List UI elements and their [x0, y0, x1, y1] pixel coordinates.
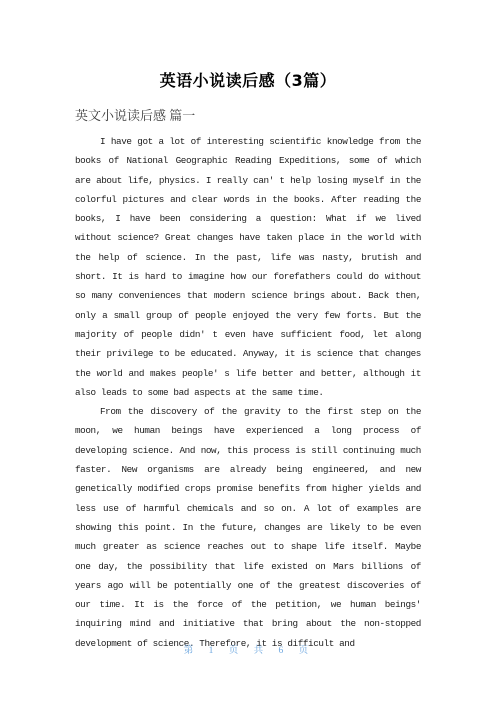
paragraph-2: From the discovery of the gravity to the… [75, 402, 421, 653]
page-footer: 第 1 页 共 6 页 [0, 642, 496, 656]
document-body: I have got a lot of interesting scientif… [75, 132, 421, 653]
document-page: 英语小说读后感（3篇） 英文小说读后感 篇一 I have got a lot … [0, 0, 496, 702]
section-heading: 英文小说读后感 篇一 [75, 105, 496, 124]
page-title: 英语小说读后感（3篇） [0, 0, 496, 91]
paragraph-1: I have got a lot of interesting scientif… [75, 132, 421, 402]
